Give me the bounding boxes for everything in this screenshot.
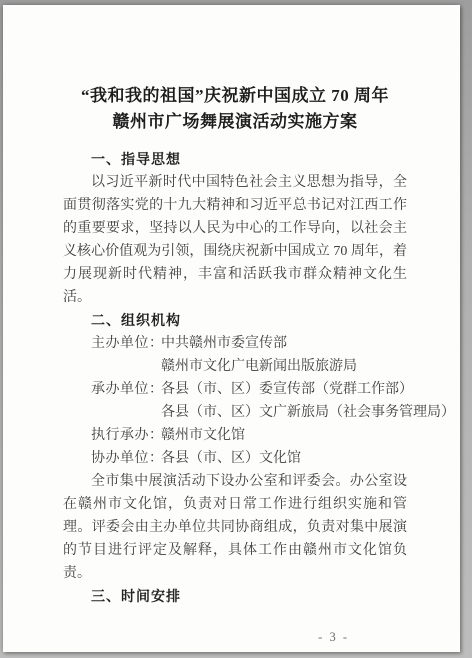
scanned-document-viewport: { "document": { "title": { "line1": "“我和… [0, 0, 472, 658]
document-title-line1: “我和我的祖国”庆祝新中国成立 70 周年 [63, 83, 407, 109]
org-label-host: 主办单位： [91, 332, 161, 355]
org-line-co-organizer: 协办单位：各县（市、区）文化馆 [91, 447, 407, 470]
org-label-executor: 执行承办： [91, 424, 161, 447]
org-line-executor: 执行承办：赣州市文化馆 [91, 424, 407, 447]
document-title-line2: 赣州市广场舞展演活动实施方案 [63, 109, 407, 135]
document-title: “我和我的祖国”庆祝新中国成立 70 周年 赣州市广场舞展演活动实施方案 [63, 83, 407, 135]
page-number: - 3 - [63, 630, 407, 645]
org-label-co-organizer: 协办单位： [91, 447, 161, 470]
document-body: 一、指导思想 以习近平新时代中国特色社会主义思想为指导，全面贯彻落实党的十九大精… [63, 148, 407, 608]
org-line-organizer-cont: 各县（市、区）文广新旅局（社会事务管理局） [91, 401, 407, 424]
org-line-organizer: 承办单位：各县（市、区）委宣传部（党群工作部） [91, 378, 407, 401]
org-value-co-organizer: 各县（市、区）文化馆 [161, 451, 301, 466]
org-label-organizer: 承办单位： [91, 378, 161, 401]
organization-list: 主办单位：中共赣州市委宣传部 赣州市文化广电新闻出版旅游局 承办单位：各县（市、… [63, 332, 407, 470]
org-value-executor: 赣州市文化馆 [161, 428, 245, 443]
org-value-organizer: 各县（市、区）委宣传部（党群工作部） [161, 382, 413, 397]
section-heading-3: 三、时间安排 [63, 585, 407, 608]
section-1-paragraph: 以习近平新时代中国特色社会主义思想为指导，全面贯彻落实党的十九大精神和习近平总书… [63, 171, 407, 309]
section-2-paragraph: 全市集中展演活动下设办公室和评委会。办公室设在赣州市文化馆，负责对日常工作进行组… [63, 470, 407, 585]
org-value-organizer-cont: 各县（市、区）文广新旅局（社会事务管理局） [161, 405, 455, 420]
org-line-host: 主办单位：中共赣州市委宣传部 [91, 332, 407, 355]
document-page: “我和我的祖国”庆祝新中国成立 70 周年 赣州市广场舞展演活动实施方案 一、指… [3, 5, 460, 652]
section-heading-1: 一、指导思想 [63, 148, 407, 171]
org-value-host-cont: 赣州市文化广电新闻出版旅游局 [161, 359, 357, 374]
org-value-host: 中共赣州市委宣传部 [161, 336, 287, 351]
section-heading-2: 二、组织机构 [63, 309, 407, 332]
org-line-host-cont: 赣州市文化广电新闻出版旅游局 [91, 355, 407, 378]
